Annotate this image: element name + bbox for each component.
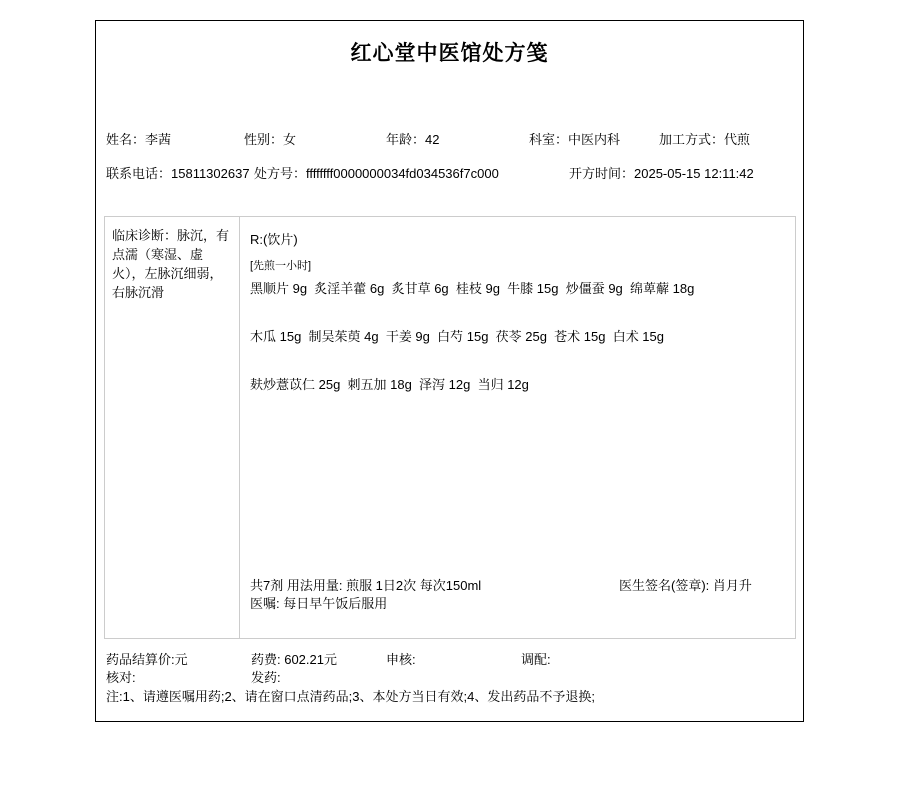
- prescription-id-field: 处方号：ffffffff0000000034fd034536f7c000: [254, 163, 499, 182]
- settlement-price-field: 药品结算价:元: [106, 649, 188, 668]
- medicine-line: 黑顺片 9g 炙淫羊藿 6g 炙甘草 6g 桂枝 9g 牛膝 15g 炒僵蚕 9…: [250, 278, 694, 297]
- clinical-diagnosis: 临床诊断：脉沉，有点濡（寒湿、虚火），左脉沉细弱，右脉沉滑: [105, 217, 240, 638]
- doctor-signature: 医生签名(签章): 肖月升: [619, 575, 752, 594]
- dispense-field: 发药:: [251, 667, 281, 686]
- notes-line: 注:1、请遵医嘱用药;2、请在窗口点清药品;3、本处方当日有效;4、发出药品不予…: [106, 686, 595, 705]
- patient-age-field: 年龄：42: [386, 129, 439, 148]
- prescription-box: 临床诊断：脉沉，有点濡（寒湿、虚火），左脉沉细弱，右脉沉滑 R:(饮片) [先煎…: [104, 216, 796, 639]
- review-field: 申核:: [386, 649, 416, 668]
- prescription-time-field: 开方时间：2025-05-15 12:11:42: [569, 163, 754, 182]
- dosage-usage: 共7剂 用法用量: 煎服 1日2次 每次150ml: [250, 575, 481, 594]
- decoction-note: [先煎一小时]: [250, 257, 311, 273]
- prescription-content: R:(饮片) [先煎一小时] 黑顺片 9g 炙淫羊藿 6g 炙甘草 6g 桂枝 …: [240, 217, 795, 638]
- check-field: 核对:: [106, 667, 136, 686]
- fee-field: 药费: 602.21元: [251, 649, 337, 668]
- doctor-instructions: 医嘱: 每日早午饭后服用: [250, 593, 387, 612]
- medicine-line: 木瓜 15g 制吴茱萸 4g 干姜 9g 白芍 15g 茯苓 25g 苍术 15…: [250, 326, 664, 345]
- patient-gender-field: 性别：女: [244, 129, 296, 148]
- page-title: 红心堂中医馆处方笺: [96, 37, 803, 67]
- medicine-line: 麸炒薏苡仁 25g 刺五加 18g 泽泻 12g 当归 12g: [250, 374, 529, 393]
- patient-name-field: 姓名：李茜: [106, 129, 171, 148]
- rx-header: R:(饮片): [250, 229, 298, 248]
- prepare-field: 调配:: [521, 649, 551, 668]
- processing-method-field: 加工方式：代煎: [659, 129, 750, 148]
- department-field: 科室：中医内科: [529, 129, 620, 148]
- phone-field: 联系电话：15811302637: [106, 163, 250, 182]
- prescription-sheet: 红心堂中医馆处方笺 姓名：李茜 性别：女 年龄：42 科室：中医内科 加工方式：…: [95, 20, 804, 722]
